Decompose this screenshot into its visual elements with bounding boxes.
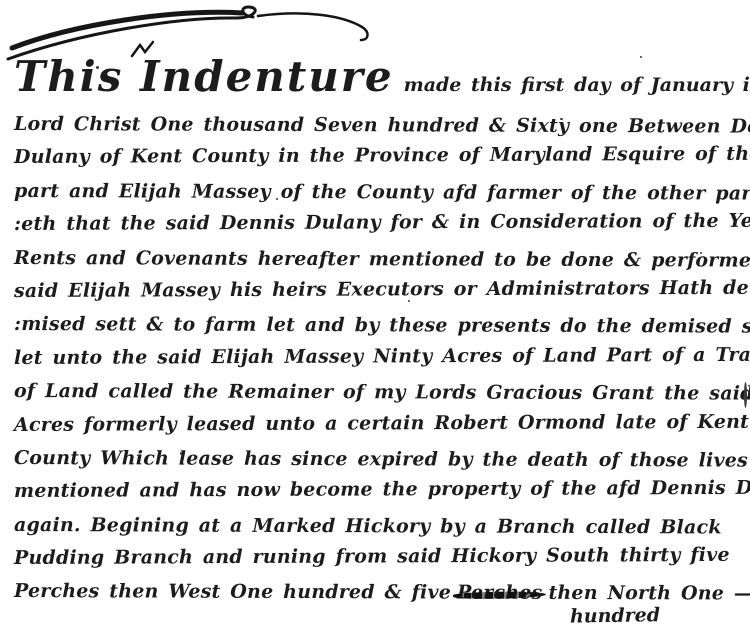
opening-line-rest: made this first day of January in the Ye…	[404, 74, 750, 96]
manuscript-line: :eth that the said Dennis Dulany for & i…	[14, 205, 744, 242]
manuscript-line: Acres formerly leased unto a certain Rob…	[14, 405, 744, 442]
manuscript-line: let unto the said Elijah Massey Ninty Ac…	[14, 339, 744, 376]
final-line-before-strike: Perches then West One hundred & five	[14, 580, 451, 604]
manuscript-line: said Elijah Massey his heirs Executors o…	[14, 272, 744, 309]
struck-out-word: Perches	[457, 582, 543, 604]
manuscript-text: This Indenturemade this first day of Jan…	[14, 46, 744, 631]
final-line-after-strike: then North One —	[548, 582, 750, 605]
manuscript-line: Pudding Branch and runing from said Hick…	[14, 539, 744, 576]
document-title-phrase: This Indenture	[14, 52, 394, 101]
manuscript-page: This Indenturemade this first day of Jan…	[0, 0, 750, 644]
manuscript-line: mentioned and has now become the propert…	[14, 472, 744, 509]
manuscript-line: Dulany of Kent County in the Province of…	[14, 138, 744, 175]
manuscript-line-1: This Indenturemade this first day of Jan…	[14, 46, 744, 108]
